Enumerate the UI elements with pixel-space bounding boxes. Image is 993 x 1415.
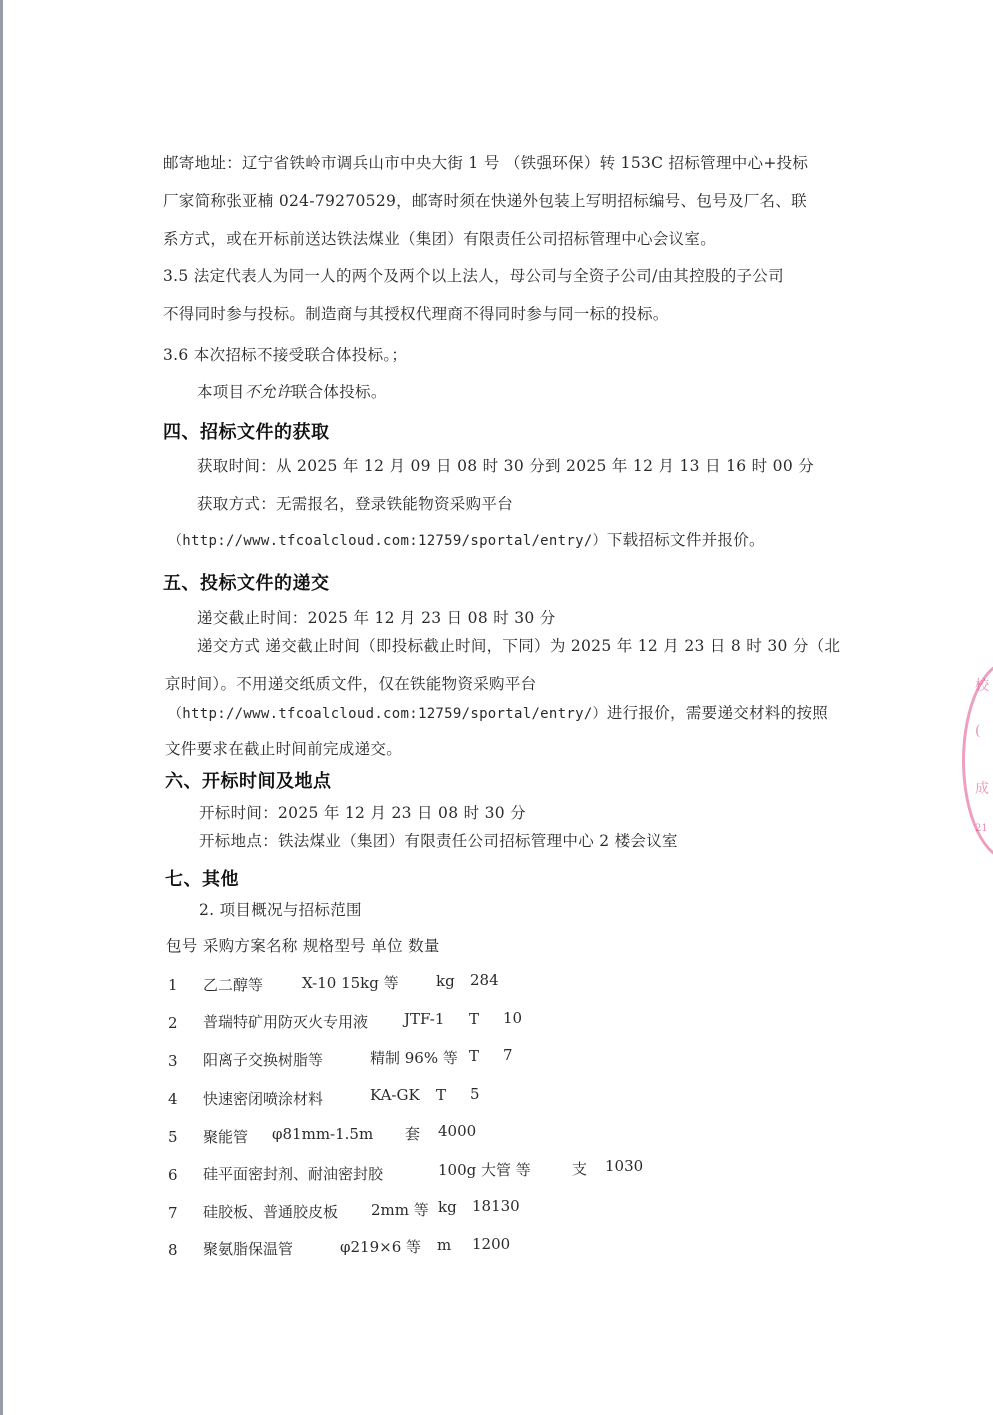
clause-3-6: 3.6 本次招标不接受联合体投标。； bbox=[163, 343, 407, 365]
section-5-heading: 五、投标文件的递交 bbox=[163, 569, 330, 595]
stamp-char: 21 bbox=[975, 823, 988, 834]
mailing-address-line-1: 邮寄地址：辽宁省铁岭市调兵山市中央大街 1 号 （铁强环保）转 153C 招标管… bbox=[163, 151, 808, 173]
row-unit: 支 bbox=[572, 1158, 587, 1179]
company-seal-stamp: 校 ( 成 21 bbox=[962, 660, 993, 861]
row-qty: 1030 bbox=[605, 1157, 643, 1175]
section-4-time: 获取时间：从 2025 年 12 月 09 日 08 时 30 分到 2025 … bbox=[197, 454, 814, 476]
section-6-place: 开标地点：铁法煤业（集团）有限责任公司招标管理中心 2 楼会议室 bbox=[199, 829, 678, 851]
section-7-heading: 七、其他 bbox=[165, 865, 239, 891]
section-5-deadline: 递交截止时间：2025 年 12 月 23 日 08 时 30 分 bbox=[197, 606, 556, 628]
row-no: 3 bbox=[168, 1052, 178, 1070]
row-name: 普瑞特矿用防灭火专用液 bbox=[203, 1011, 368, 1032]
row-unit: m bbox=[437, 1236, 451, 1254]
row-spec: JTF-1 bbox=[404, 1010, 444, 1028]
row-no: 6 bbox=[168, 1166, 178, 1184]
stamp-char: ( bbox=[975, 723, 980, 739]
row-name: 聚氨脂保温管 bbox=[203, 1238, 293, 1259]
row-qty: 7 bbox=[503, 1046, 513, 1064]
items-table-header: 包号 采购方案名称 规格型号 单位 数量 bbox=[166, 934, 440, 956]
section-5-method-line-4: 文件要求在截止时间前完成递交。 bbox=[165, 737, 402, 759]
section-4-method: 获取方式：无需报名，登录铁能物资采购平台 bbox=[197, 492, 513, 514]
row-no: 5 bbox=[168, 1128, 178, 1146]
row-qty: 18130 bbox=[472, 1197, 520, 1215]
row-spec: KA-GK bbox=[370, 1086, 420, 1104]
row-no: 7 bbox=[168, 1204, 178, 1222]
section-5-method-line-1: 递交方式 递交截止时间（即投标截止时间，下同）为 2025 年 12 月 23 … bbox=[197, 634, 840, 656]
row-name: 聚能管 bbox=[203, 1126, 248, 1147]
mailing-address-line-2: 厂家简称张亚楠 024-79270529，邮寄时须在快递外包装上写明招标编号、包… bbox=[163, 189, 807, 211]
row-name: 快速密闭喷涂材料 bbox=[203, 1088, 323, 1109]
row-no: 8 bbox=[168, 1241, 178, 1259]
section-4-url-line: （http://www.tfcoalcloud.com:12759/sporta… bbox=[168, 528, 765, 550]
section-5-url-text: 进行报价，需要递交材料的按照 bbox=[607, 704, 828, 722]
row-unit: kg bbox=[438, 1198, 457, 1216]
section-6-time: 开标时间：2025 年 12 月 23 日 08 时 30 分 bbox=[199, 801, 526, 823]
platform-url-link[interactable]: （http://www.tfcoalcloud.com:12759/sporta… bbox=[168, 533, 607, 549]
clause-3-6-suffix: 联合体投标。 bbox=[292, 383, 387, 401]
clause-3-6-detail: 本项目不允许联合体投标。 bbox=[197, 380, 387, 402]
row-unit: T bbox=[469, 1010, 479, 1028]
row-unit: T bbox=[436, 1086, 446, 1104]
row-name: 乙二醇等 bbox=[203, 974, 263, 995]
row-spec: φ219×6 等 bbox=[340, 1236, 421, 1257]
row-unit: kg bbox=[436, 972, 455, 990]
section-5-method-line-2: 京时间）。不用递交纸质文件，仅在铁能物资采购平台 bbox=[165, 672, 536, 694]
stamp-char: 校 bbox=[975, 675, 989, 695]
row-spec: X-10 15kg 等 bbox=[302, 972, 399, 993]
row-unit: T bbox=[469, 1047, 479, 1065]
row-spec: 精制 96% 等 bbox=[370, 1047, 458, 1068]
mailing-address-line-3: 系方式，或在开标前送达铁法煤业（集团）有限责任公司招标管理中心会议室。 bbox=[163, 227, 716, 249]
row-qty: 4000 bbox=[438, 1122, 476, 1140]
row-spec: 100g 大管 等 bbox=[438, 1159, 531, 1180]
clause-3-5-line-2: 不得同时参与投标。制造商与其授权代理商不得同时参与同一标的投标。 bbox=[163, 302, 669, 324]
row-name: 阳离子交换树脂等 bbox=[203, 1049, 323, 1070]
row-name: 硅平面密封剂、耐油密封胶 bbox=[203, 1163, 383, 1184]
row-name: 硅胶板、普通胶皮板 bbox=[203, 1201, 338, 1222]
row-spec: φ81mm-1.5m bbox=[272, 1125, 373, 1143]
section-7-subheading: 2. 项目概况与招标范围 bbox=[199, 898, 362, 920]
row-qty: 1200 bbox=[472, 1235, 510, 1253]
platform-url-link-2[interactable]: （http://www.tfcoalcloud.com:12759/sporta… bbox=[168, 706, 607, 722]
row-unit: 套 bbox=[405, 1123, 420, 1144]
clause-3-6-italic: 不允许 bbox=[244, 383, 291, 401]
row-qty: 10 bbox=[503, 1009, 522, 1027]
row-no: 2 bbox=[168, 1014, 178, 1032]
row-no: 4 bbox=[168, 1090, 178, 1108]
row-spec: 2mm 等 bbox=[371, 1199, 429, 1220]
section-5-url-line: （http://www.tfcoalcloud.com:12759/sporta… bbox=[168, 701, 828, 723]
section-6-heading: 六、开标时间及地点 bbox=[165, 767, 332, 793]
row-no: 1 bbox=[168, 976, 178, 994]
section-4-heading: 四、招标文件的获取 bbox=[163, 418, 330, 444]
section-4-url-text: 下载招标文件并报价。 bbox=[607, 531, 765, 549]
scan-edge bbox=[0, 0, 3, 1415]
clause-3-5-line-1: 3.5 法定代表人为同一人的两个及两个以上法人，母公司与全资子公司/由其控股的子… bbox=[163, 264, 784, 286]
row-qty: 284 bbox=[470, 971, 499, 989]
row-qty: 5 bbox=[470, 1085, 480, 1103]
clause-3-6-prefix: 本项目 bbox=[197, 383, 244, 401]
stamp-char: 成 bbox=[975, 778, 989, 798]
